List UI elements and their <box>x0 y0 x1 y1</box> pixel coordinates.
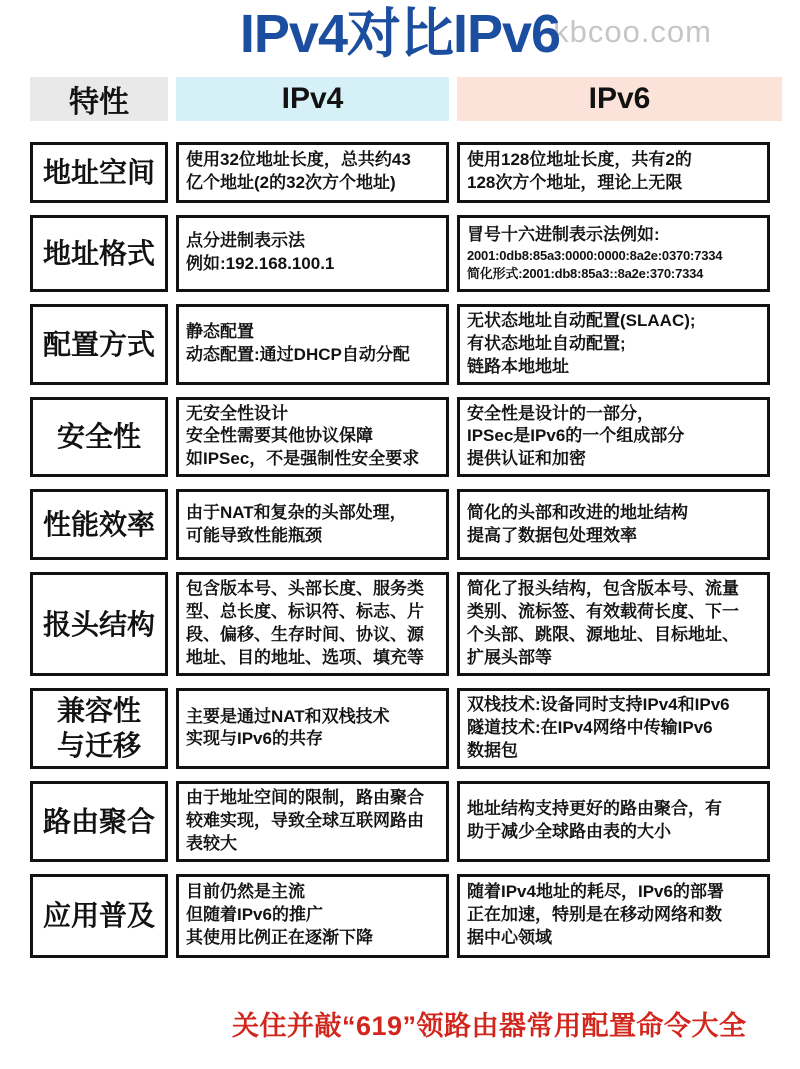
table-row-performance: 性能效率 由于NAT和复杂的头部处理， 可能导致性能瓶颈 简化的头部和改进的地址… <box>30 489 782 560</box>
table-row-address-space: 地址空间 使用32位地址长度，总共约43 亿个地址(2的32次方个地址) 使用1… <box>30 142 782 203</box>
table-row-compatibility: 兼容性 与迁移 主要是通过NAT和双栈技术 实现与IPv6的共存 双栈技术:设备… <box>30 688 782 769</box>
ipv6-format-intro: 冒号十六进制表示法例如: <box>467 224 760 247</box>
row-label: 性能效率 <box>30 489 168 560</box>
header-feature: 特性 <box>30 77 168 121</box>
table-row-adoption: 应用普及 目前仍然是主流 但随着IPv6的推广 其使用比例正在逐渐下降 随着IP… <box>30 874 782 958</box>
ipv6-cell: 无状态地址自动配置(SLAAC); 有状态地址自动配置; 链路本地地址 <box>457 304 770 385</box>
comparison-table: 特性 IPv4 IPv6 地址空间 使用32位地址长度，总共约43 亿个地址(2… <box>0 77 800 958</box>
ipv4-cell: 包含版本号、头部长度、服务类 型、总长度、标识符、标志、片 段、偏移、生存时间、… <box>176 572 449 676</box>
header-ipv6: IPv6 <box>457 77 782 121</box>
table-row-security: 安全性 无安全性设计 安全性需要其他协议保障 如IPSec，不是强制性安全要求 … <box>30 397 782 478</box>
ipv4-cell: 目前仍然是主流 但随着IPv6的推广 其使用比例正在逐渐下降 <box>176 874 449 958</box>
header-ipv4: IPv4 <box>176 77 449 121</box>
table-row-route-aggregation: 路由聚合 由于地址空间的限制，路由聚合 较难实现，导致全球互联网路由 表较大 地… <box>30 781 782 862</box>
row-label: 路由聚合 <box>30 781 168 862</box>
ipv4-cell: 使用32位地址长度，总共约43 亿个地址(2的32次方个地址) <box>176 142 449 203</box>
row-label: 报头结构 <box>30 572 168 676</box>
infographic-page: kbcoo.com IPv4对比IPv6 特性 IPv4 IPv6 地址空间 使… <box>0 6 800 1069</box>
ipv6-cell: 使用128位地址长度，共有2的 128次方个地址，理论上无限 <box>457 142 770 203</box>
ipv4-cell: 主要是通过NAT和双栈技术 实现与IPv6的共存 <box>176 688 449 769</box>
ipv4-cell: 由于地址空间的限制，路由聚合 较难实现，导致全球互联网路由 表较大 <box>176 781 449 862</box>
row-label: 安全性 <box>30 397 168 478</box>
ipv6-cell: 随着IPv4地址的耗尽，IPv6的部署 正在加速，特别是在移动网络和数 据中心领… <box>457 874 770 958</box>
ipv4-cell: 静态配置 动态配置:通过DHCP自动分配 <box>176 304 449 385</box>
ipv6-cell: 简化的头部和改进的地址结构 提高了数据包处理效率 <box>457 489 770 560</box>
table-header-row: 特性 IPv4 IPv6 <box>30 77 782 121</box>
footer-cta: 关住并敲“619”领路由器常用配置命令大全 <box>232 1004 800 1043</box>
ipv6-cell: 双栈技术:设备同时支持IPv4和IPv6 隧道技术:在IPv4网络中传输IPv6… <box>457 688 770 769</box>
table-row-header-structure: 报头结构 包含版本号、头部长度、服务类 型、总长度、标识符、标志、片 段、偏移、… <box>30 572 782 676</box>
table-row-address-format: 地址格式 点分进制表示法 例如:192.168.100.1 冒号十六进制表示法例… <box>30 215 782 292</box>
ipv4-cell: 点分进制表示法 例如:192.168.100.1 <box>176 215 449 292</box>
row-label: 地址空间 <box>30 142 168 203</box>
ipv6-cell: 简化了报头结构，包含版本号、流量 类别、流标签、有效载荷长度、下一 个头部、跳限… <box>457 572 770 676</box>
row-label: 应用普及 <box>30 874 168 958</box>
table-row-configuration: 配置方式 静态配置 动态配置:通过DHCP自动分配 无状态地址自动配置(SLAA… <box>30 304 782 385</box>
ipv6-cell: 地址结构支持更好的路由聚合，有 助于减少全球路由表的大小 <box>457 781 770 862</box>
row-label: 地址格式 <box>30 215 168 292</box>
ipv4-cell: 由于NAT和复杂的头部处理， 可能导致性能瓶颈 <box>176 489 449 560</box>
row-label: 兼容性 与迁移 <box>30 688 168 769</box>
ipv6-format-examples: 2001:0db8:85a3:0000:0000:8a2e:0370:7334 … <box>467 247 760 282</box>
ipv6-cell: 安全性是设计的一部分， IPSec是IPv6的一个组成部分 提供认证和加密 <box>457 397 770 478</box>
ipv4-cell: 无安全性设计 安全性需要其他协议保障 如IPSec，不是强制性安全要求 <box>176 397 449 478</box>
ipv6-cell: 冒号十六进制表示法例如: 2001:0db8:85a3:0000:0000:8a… <box>457 215 770 292</box>
row-label: 配置方式 <box>30 304 168 385</box>
page-title: IPv4对比IPv6 <box>0 6 800 63</box>
